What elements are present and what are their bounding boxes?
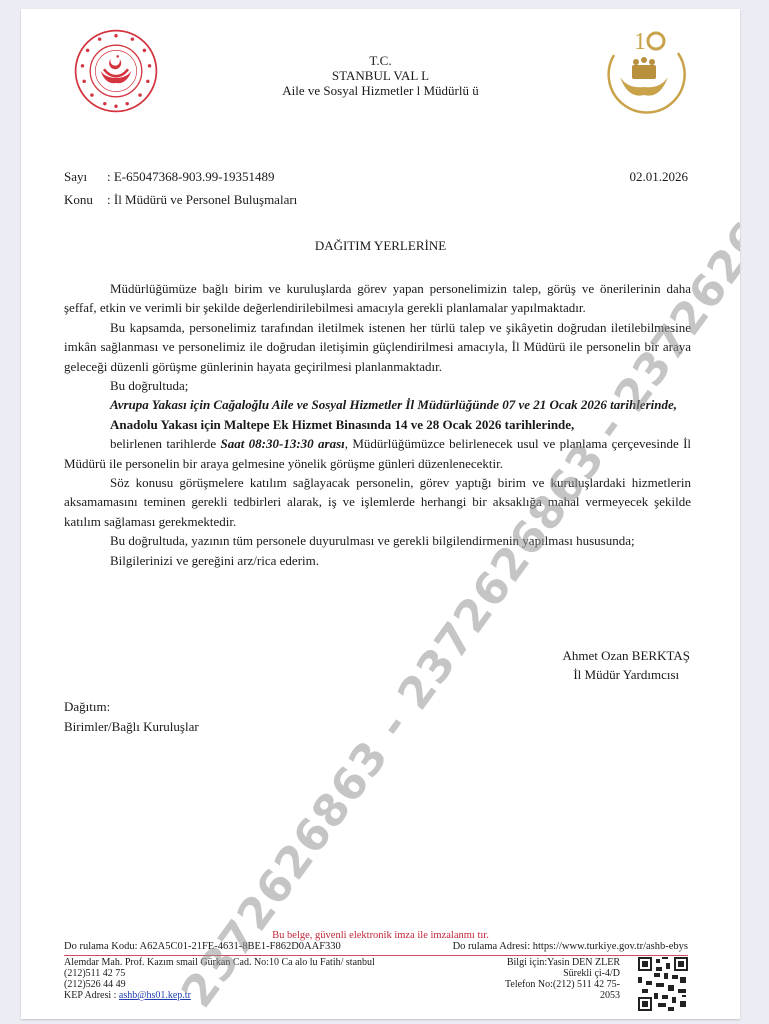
letterhead: T.C. STANBUL VAL L Aile ve Sosyal Hizmet… bbox=[21, 53, 740, 98]
info-title: Sürekli çi-4/D bbox=[505, 968, 620, 979]
paragraph-1: Müdürlüğümüze bağlı birim ve kuruluşlard… bbox=[64, 279, 691, 318]
letter-body: Müdürlüğümüze bağlı birim ve kuruluşlard… bbox=[64, 279, 691, 570]
esign-note: Bu belge, güvenli elektronik imza ile im… bbox=[21, 930, 740, 941]
footer-divider bbox=[64, 955, 688, 956]
distribution-label: Dağıtım: bbox=[64, 697, 199, 717]
phone-2: (212)526 44 49 bbox=[64, 979, 375, 990]
svg-text:1: 1 bbox=[634, 29, 646, 55]
paragraph-anatolia-dates: Anadolu Yakası için Maltepe Ek Hizmet Bi… bbox=[64, 415, 691, 434]
p6-pre: belirlenen tarihlerde bbox=[110, 436, 220, 451]
meeting-hours: Saat 08:30-13:30 arası bbox=[220, 436, 344, 451]
qr-code-icon bbox=[638, 957, 688, 1011]
kep-label: KEP Adresi : bbox=[64, 990, 119, 1001]
sayi-label: Sayı bbox=[64, 169, 107, 185]
paragraph-2: Bu kapsamda, personelimiz tarafından ile… bbox=[64, 318, 691, 376]
info-contact: Bilgi için:Yasin DEN ZLER bbox=[505, 957, 620, 968]
distribution-block: Dağıtım: Birimler/Bağlı Kuruluşlar bbox=[64, 697, 199, 737]
konu-row: Konu: İl Müdürü ve Personel Buluşmaları bbox=[64, 192, 297, 208]
footer-contact-block: Bilgi için:Yasin DEN ZLER Sürekli çi-4/D… bbox=[505, 957, 620, 1001]
letterhead-line-3: Aile ve Sosyal Hizmetler l Müdürlü ü bbox=[21, 83, 740, 98]
footer-address-block: Alemdar Mah. Prof. Kazım smail Gürkan Ca… bbox=[64, 957, 375, 1001]
paragraph-8: Bu doğrultuda, yazının tüm personele duy… bbox=[64, 531, 691, 550]
verification-row: Do rulama Kodu: A62A5C01-21FE-4631-8BE1-… bbox=[64, 941, 688, 952]
verification-code: Do rulama Kodu: A62A5C01-21FE-4631-8BE1-… bbox=[64, 941, 341, 952]
document-page: 1 T.C. STANBUL VAL L Aile ve Sosyal Hizm… bbox=[21, 9, 740, 1019]
letterhead-line-2: STANBUL VAL L bbox=[21, 68, 740, 83]
verification-address[interactable]: Do rulama Adresi: https://www.turkiye.go… bbox=[453, 941, 688, 952]
paragraph-9: Bilgilerinizi ve gereğini arz/rica ederi… bbox=[64, 551, 691, 570]
kep-address-link[interactable]: ashb@hs01.kep.tr bbox=[119, 990, 191, 1001]
signatory-name: Ahmet Ozan BERKTAŞ bbox=[563, 646, 691, 665]
letterhead-line-1: T.C. bbox=[21, 53, 740, 68]
paragraph-6: belirlenen tarihlerde Saat 08:30-13:30 a… bbox=[64, 434, 691, 473]
kep-row: KEP Adresi : ashb@hs01.kep.tr bbox=[64, 990, 375, 1001]
distribution-title: DAĞITIM YERLERİNE bbox=[21, 238, 740, 254]
address: Alemdar Mah. Prof. Kazım smail Gürkan Ca… bbox=[64, 957, 375, 968]
paragraph-7: Söz konusu görüşmelere katılım sağlayaca… bbox=[64, 473, 691, 531]
konu-label: Konu bbox=[64, 192, 107, 208]
konu-value: : İl Müdürü ve Personel Buluşmaları bbox=[107, 192, 297, 207]
signature-block: Ahmet Ozan BERKTAŞ İl Müdür Yardımcısı bbox=[563, 646, 691, 684]
info-ext: 2053 bbox=[505, 990, 620, 1001]
sayi-row: Sayı: E-65047368-903.99-19351489 bbox=[64, 169, 275, 185]
document-date: 02.01.2026 bbox=[630, 169, 689, 185]
signatory-title: İl Müdür Yardımcısı bbox=[563, 665, 691, 684]
paragraph-3: Bu doğrultuda; bbox=[64, 376, 691, 395]
distribution-value: Birimler/Bağlı Kuruluşlar bbox=[64, 717, 199, 737]
paragraph-europe-dates: Avrupa Yakası için Cağaloğlu Aile ve Sos… bbox=[64, 395, 691, 414]
phone-1: (212)511 42 75 bbox=[64, 968, 375, 979]
sayi-value: : E-65047368-903.99-19351489 bbox=[107, 169, 275, 184]
info-phone: Telefon No:(212) 511 42 75- bbox=[505, 979, 620, 990]
